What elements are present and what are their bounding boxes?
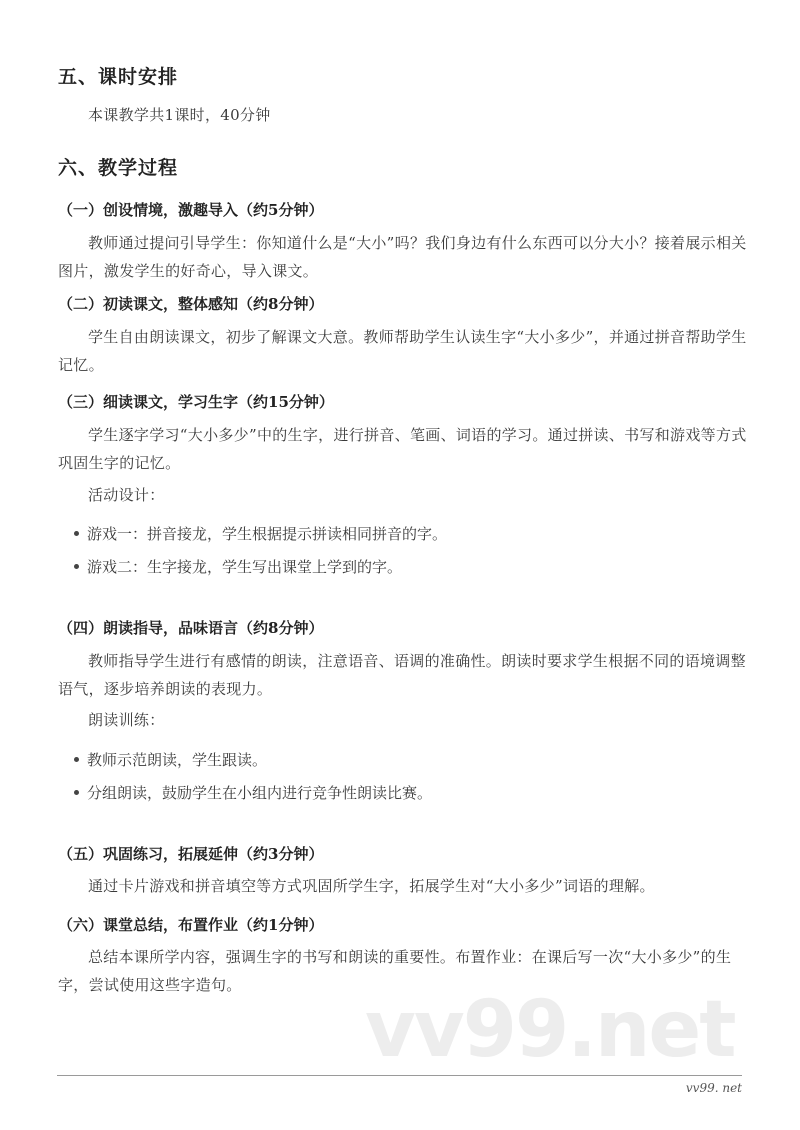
step-4-sublabel: 朗读训练： [88, 706, 778, 734]
watermark: vv99.net [365, 985, 735, 1075]
list-item: 分组朗读，鼓励学生在小组内进行竞争性朗读比赛。 [74, 782, 432, 803]
section-heading-schedule: 五、课时安排 [58, 62, 178, 89]
list-item: 游戏一：拼音接龙，学生根据提示拼读相同拼音的字。 [74, 523, 447, 544]
bullet-icon [74, 790, 79, 795]
step-3-body: 学生逐字学习“大小多少”中的生字，进行拼音、笔画、词语的学习。通过拼读、书写和游… [58, 421, 748, 477]
step-1-heading: （一）创设情境，激趣导入（约5分钟） [58, 199, 323, 220]
step-5-heading: （五）巩固练习，拓展延伸（约3分钟） [58, 843, 323, 864]
bullet-icon [74, 564, 79, 569]
document-page: 五、课时安排 本课教学共1课时，40分钟 六、教学过程 （一）创设情境，激趣导入… [0, 0, 800, 1130]
list-item: 教师示范朗读，学生跟读。 [74, 749, 267, 770]
step-2-body: 学生自由朗读课文，初步了解课文大意。教师帮助学生认读生字“大小多少”，并通过拼音… [58, 323, 748, 379]
step-3-sublabel: 活动设计： [88, 481, 778, 509]
list-item: 游戏二：生字接龙，学生写出课堂上学到的字。 [74, 556, 402, 577]
footer-divider [57, 1075, 742, 1076]
step-6-heading: （六）课堂总结，布置作业（约1分钟） [58, 914, 323, 935]
step-4-body: 教师指导学生进行有感情的朗读，注意语音、语调的准确性。朗读时要求学生根据不同的语… [58, 647, 748, 703]
section-heading-process: 六、教学过程 [58, 153, 178, 180]
bullet-icon [74, 531, 79, 536]
step-4-heading: （四）朗读指导，品味语言（约8分钟） [58, 617, 323, 638]
bullet-icon [74, 757, 79, 762]
step-3-heading: （三）细读课文，学习生字（约15分钟） [58, 391, 334, 412]
step-1-body: 教师通过提问引导学生：你知道什么是“大小”吗？我们身边有什么东西可以分大小？接着… [58, 229, 748, 285]
footer-site: vv99. net [686, 1081, 742, 1095]
step-5-body: 通过卡片游戏和拼音填空等方式巩固所学生字，拓展学生对“大小多少”词语的理解。 [58, 872, 748, 900]
schedule-text: 本课教学共1课时，40分钟 [58, 101, 748, 129]
step-2-heading: （二）初读课文，整体感知（约8分钟） [58, 293, 323, 314]
